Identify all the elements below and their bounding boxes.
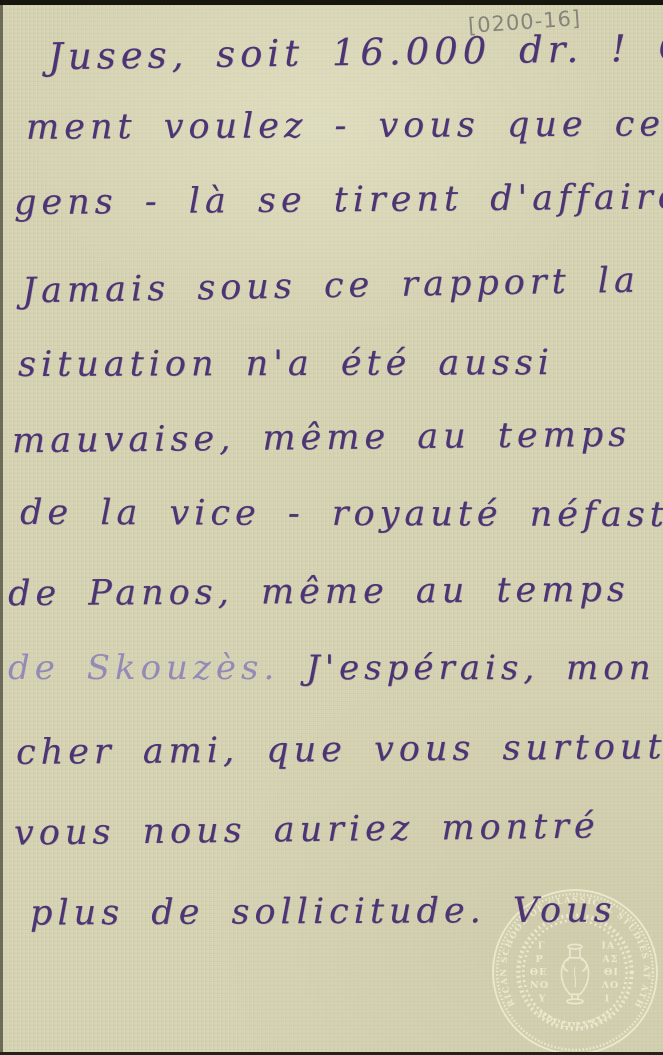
handwritten-line: Jamais sous ce rapport la [22, 261, 640, 312]
handwritten-line: de la vice - royauté néfaste [20, 493, 663, 535]
scan-edge-left [0, 0, 3, 1055]
scan-edge-top [0, 0, 663, 5]
letter-page: [0200-16] Juses, soit 16.000 dr. ! Com= … [0, 0, 663, 1055]
amphora-icon [561, 944, 588, 1003]
handwritten-line: gens - là se tirent d'affaire ! [14, 177, 663, 223]
svg-text:ΘΙ: ΘΙ [604, 967, 619, 978]
handwritten-line: vous nous auriez montré [14, 806, 600, 853]
handwritten-line: ment voulez - vous que ces [26, 104, 663, 147]
handwritten-line: cher ami, que vous surtout [16, 727, 663, 773]
svg-text:ΙΑ: ΙΑ [601, 941, 615, 952]
svg-text:Γ: Γ [538, 941, 546, 952]
svg-text:ΑΣ: ΑΣ [601, 954, 618, 965]
svg-text:ΛΟ: ΛΟ [600, 980, 619, 991]
handwritten-line: de Skouzès. J'espérais, mon [8, 648, 656, 688]
handwritten-line: Juses, soit 16.000 dr. ! Com= [48, 25, 663, 78]
svg-text:Ι: Ι [605, 993, 611, 1004]
svg-text:ΝΟ: ΝΟ [530, 980, 549, 991]
handwritten-line: situation n'a été aussi [18, 343, 554, 385]
handwritten-line: de Panos, même au temps [8, 570, 630, 614]
svg-text:ΘΕ: ΘΕ [530, 967, 548, 978]
svg-text:Υ: Υ [538, 993, 547, 1004]
svg-text:Ρ: Ρ [535, 954, 543, 965]
handwritten-line: mauvaise, même au temps [12, 415, 632, 461]
seal-year-text: · MDCCCLXXXII · [529, 1001, 620, 1030]
handwritten-line: plus de sollicitude. Vous [30, 890, 617, 933]
